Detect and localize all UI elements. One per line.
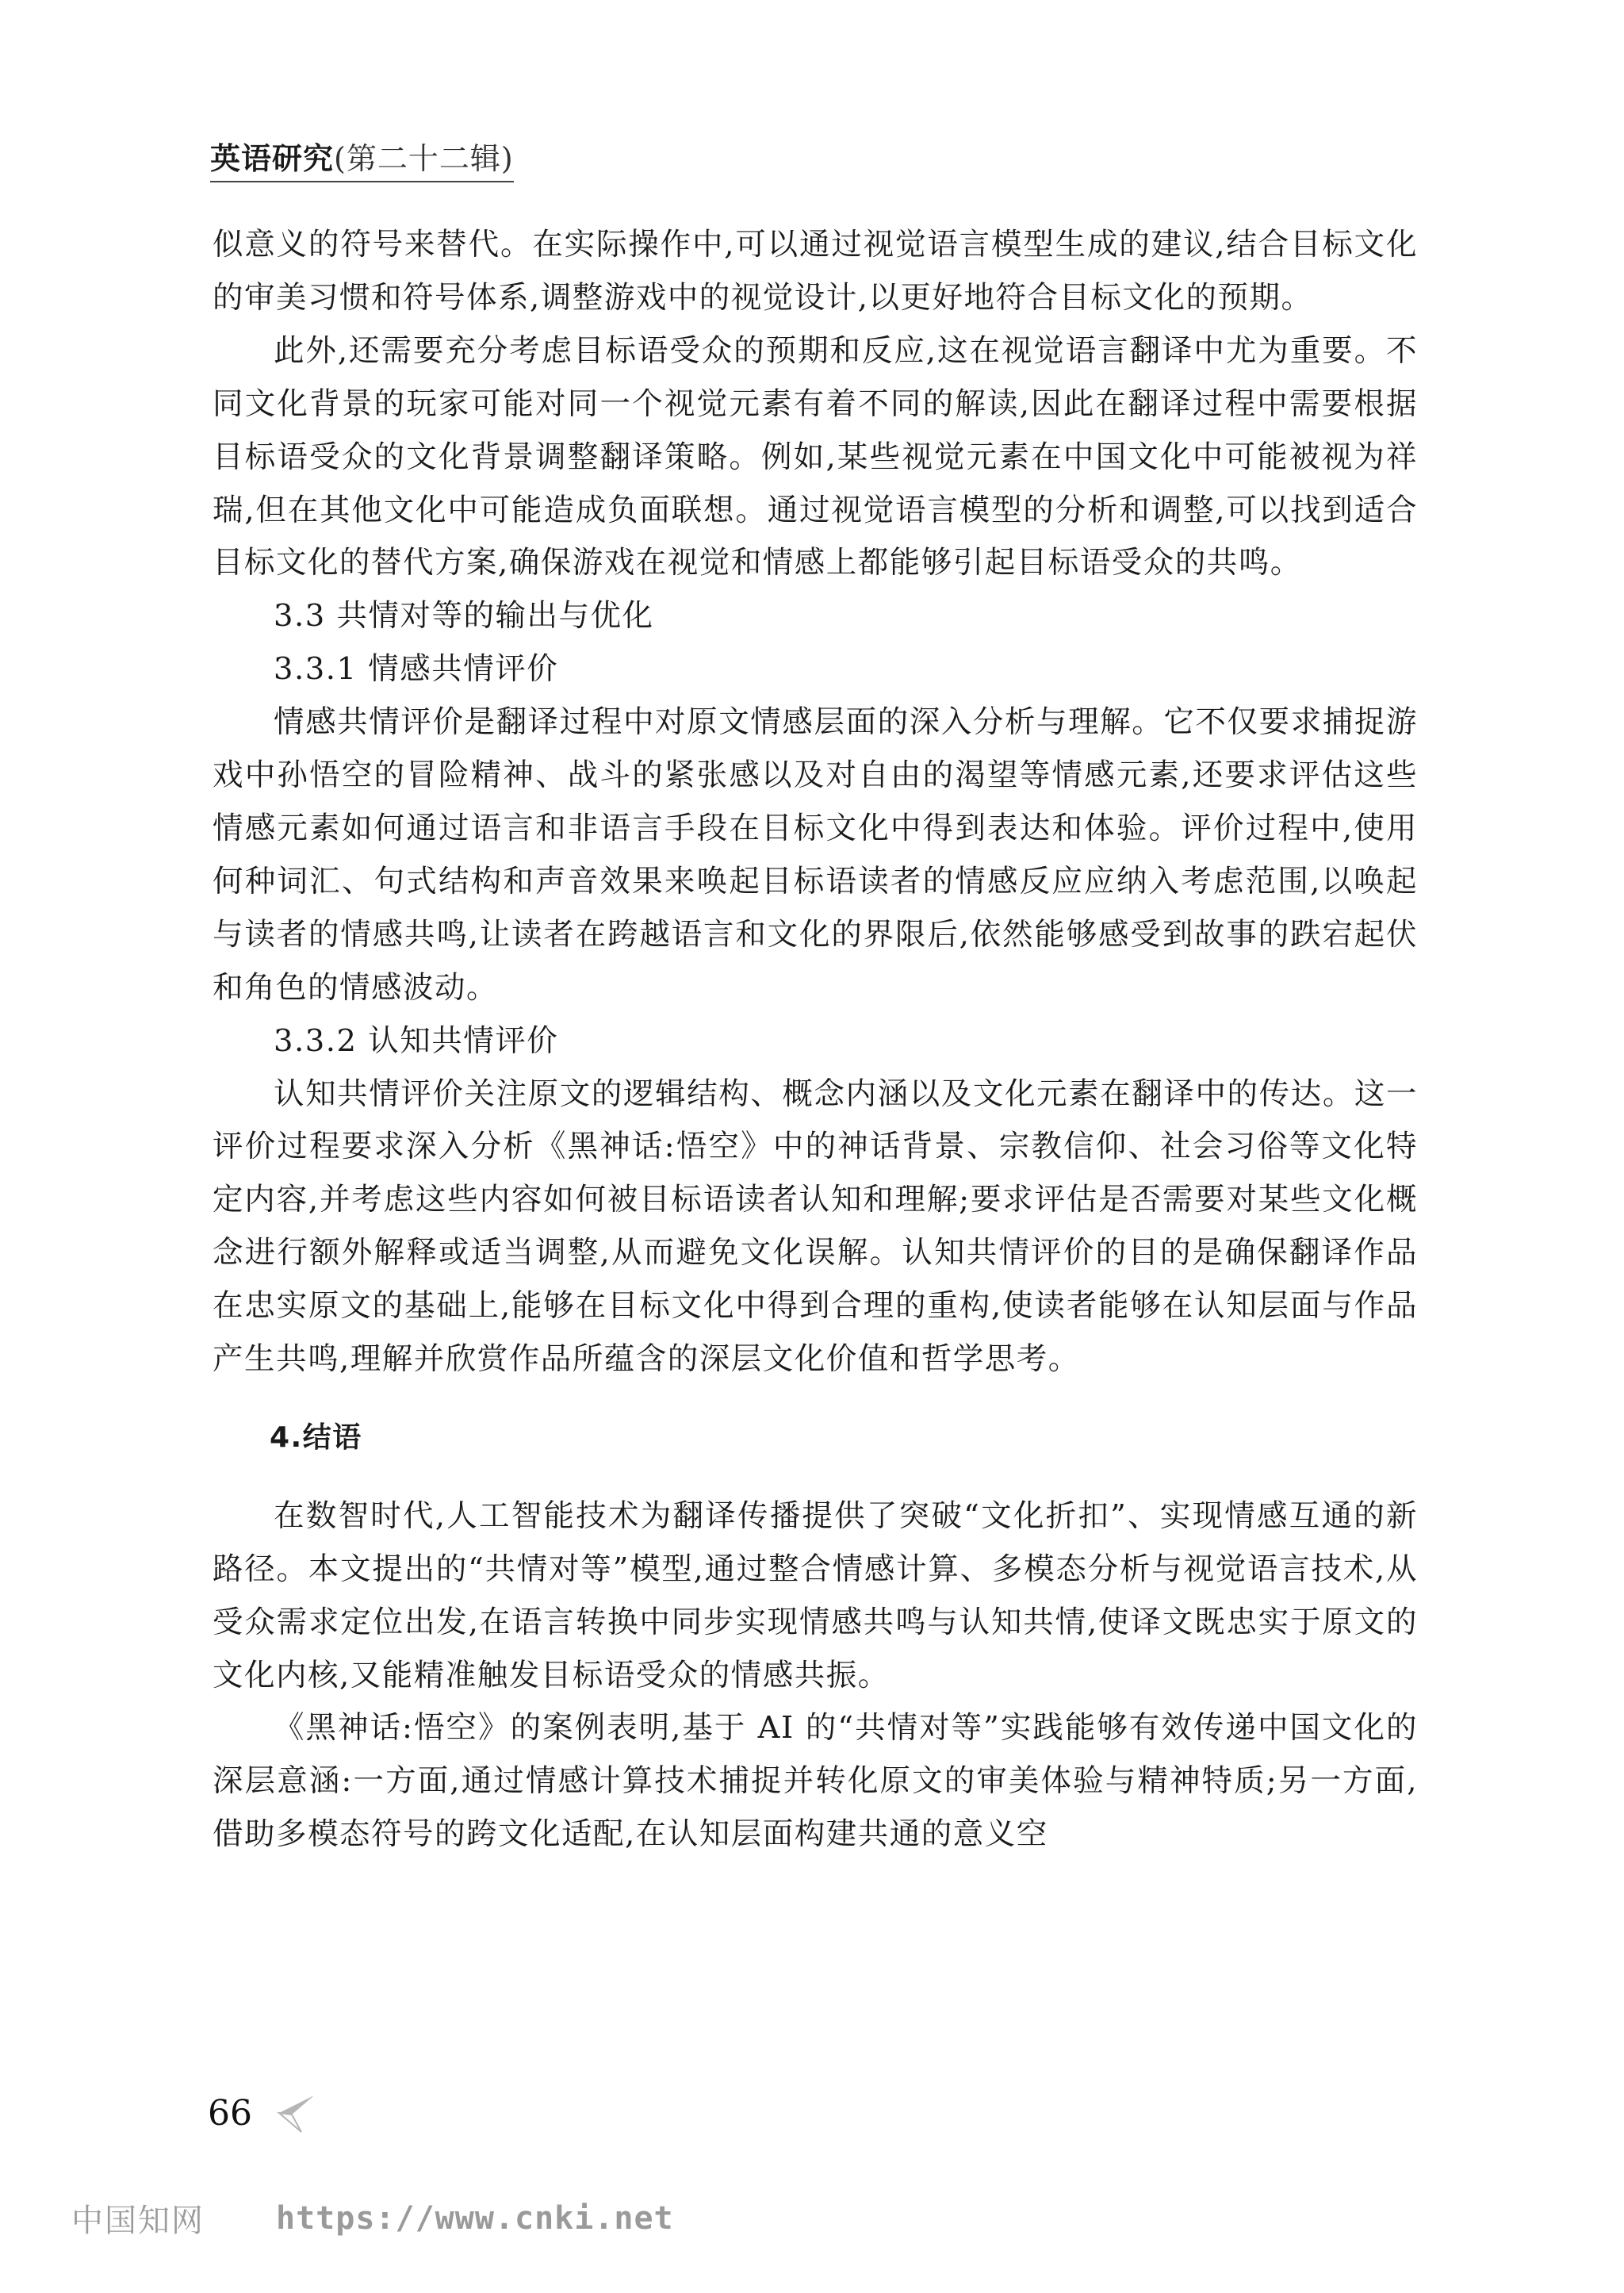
section-heading-3-3-2: 3.3.2 认知共情评价	[213, 1015, 1418, 1068]
paragraph-continued: 似意义的符号来替代。在实际操作中,可以通过视觉语言模型生成的建议,结合目标文化的…	[213, 219, 1418, 325]
cnki-watermark: 中国知网 https://www.cnki.net	[71, 2195, 674, 2241]
journal-title: 英语研究	[210, 141, 334, 176]
article-body: 似意义的符号来替代。在实际操作中,可以通过视觉语言模型生成的建议,结合目标文化的…	[213, 219, 1418, 1862]
section-heading-4-conclusion: 4.结语	[213, 1412, 1418, 1465]
page-number-block: 66	[208, 2094, 316, 2134]
paragraph-conclusion-1: 在数智时代,人工智能技术为翻译传播提供了突破“文化折扣”、实现情感互通的新路径。…	[213, 1490, 1418, 1703]
watermark-url: https://www.cnki.net	[276, 2200, 674, 2237]
paragraph-cognitive-empathy: 认知共情评价关注原文的逻辑结构、概念内涵以及文化元素在翻译中的传达。这一评价过程…	[213, 1068, 1418, 1386]
watermark-brand: 中国知网	[71, 2195, 205, 2241]
section-heading-3-3-1: 3.3.1 情感共情评价	[213, 643, 1418, 696]
paragraph-conclusion-2: 《黑神话:悟空》的案例表明,基于 AI 的“共情对等”实践能够有效传递中国文化的…	[213, 1702, 1418, 1862]
running-head: 英语研究(第二十二辑)	[210, 141, 514, 182]
page-arrow-icon	[268, 2094, 316, 2134]
section-heading-3-3: 3.3 共情对等的输出与优化	[213, 590, 1418, 643]
paragraph-audience: 此外,还需要充分考虑目标语受众的预期和反应,这在视觉语言翻译中尤为重要。不同文化…	[213, 325, 1418, 591]
issue-label: (第二十二辑)	[334, 141, 514, 176]
paragraph-affective-empathy: 情感共情评价是翻译过程中对原文情感层面的深入分析与理解。它不仅要求捕捉游戏中孙悟…	[213, 696, 1418, 1014]
page-number: 66	[208, 2094, 252, 2134]
